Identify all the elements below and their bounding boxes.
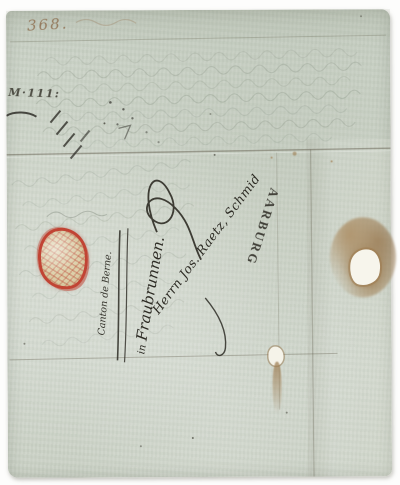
pencil-scribble-above-seal (47, 211, 107, 218)
archival-number: 368. (27, 14, 69, 34)
manuscript-note: M·111: (8, 86, 60, 101)
paper-specks (6, 11, 8, 13)
letter-scan: { "scan": { "markings": { "archival_numb… (0, 0, 400, 485)
folded-letter-paper: 368. M·111: Herrn Jos. Raetz, Schmid inF… (6, 9, 392, 478)
stain-streak-bottom (273, 362, 282, 414)
signature-tail-flourish (205, 298, 225, 356)
bleedthrough-script-upper (35, 48, 364, 150)
ink-tally-marks (6, 110, 130, 159)
faint-scribble-top (76, 19, 136, 25)
ink-dots (109, 101, 160, 144)
address-preposition: in (136, 344, 148, 355)
address-underline-flourish (117, 228, 129, 362)
